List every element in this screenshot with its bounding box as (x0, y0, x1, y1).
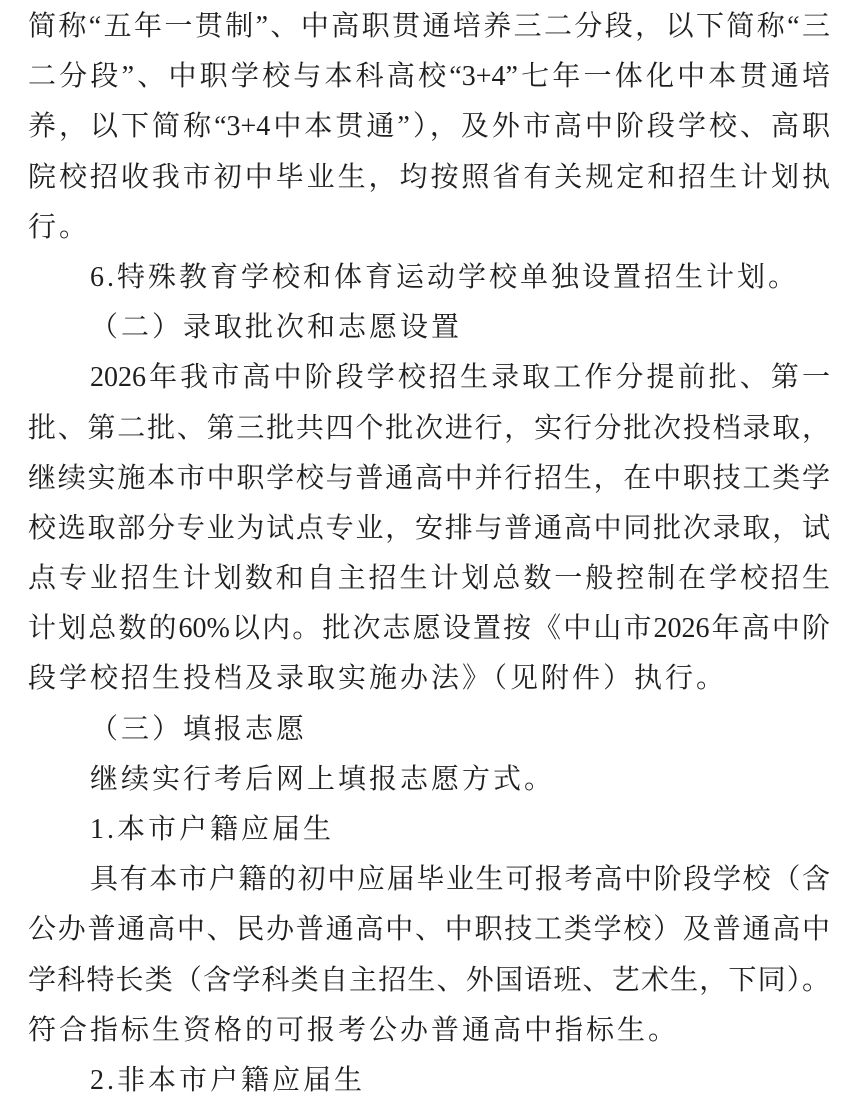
body-text-line: 计划总数的60%以内。批次志愿设置按《中山市2026年高中阶 (28, 604, 830, 654)
section-heading-line: （三）填报志愿 (28, 705, 830, 755)
body-text-line: 养，以下简称“3+4中本贯通”），及外市高中阶段学校、高职 (28, 102, 830, 152)
body-text-line: 院校招收我市初中毕业生，均按照省有关规定和招生计划执 (28, 153, 830, 203)
body-text-line: 简称“五年一贯制”、中高职贯通培养三二分段，以下简称“三 (28, 2, 830, 52)
body-text-line: 校选取部分专业为试点专业，安排与普通高中同批次录取，试 (28, 504, 830, 554)
body-text-line: 二分段”、中职学校与本科高校“3+4”七年一体化中本贯通培 (28, 52, 830, 102)
document-page: 简称“五年一贯制”、中高职贯通培养三二分段，以下简称“三 二分段”、中职学校与本… (0, 0, 857, 1108)
body-text-line: 继续实行考后网上填报志愿方式。 (28, 755, 830, 805)
list-item-line: 6.特殊教育学校和体育运动学校单独设置招生计划。 (28, 253, 830, 303)
body-text-line: 公办普通高中、民办普通高中、中职技工类学校）及普通高中 (28, 905, 830, 955)
body-text-line: 具有本市户籍的初中应届毕业生可报考高中阶段学校（含 (28, 855, 830, 905)
body-text-line: 2026年我市高中阶段学校招生录取工作分提前批、第一 (28, 353, 830, 403)
list-item-line: 1.本市户籍应届生 (28, 805, 830, 855)
body-text-line: 行。 (28, 203, 830, 253)
body-text-line: 符合指标生资格的可报考公办普通高中指标生。 (28, 1006, 830, 1056)
section-heading-line: （二）录取批次和志愿设置 (28, 303, 830, 353)
document-text-block: 简称“五年一贯制”、中高职贯通培养三二分段，以下简称“三 二分段”、中职学校与本… (28, 2, 830, 1106)
body-text-line: 继续实施本市中职学校与普通高中并行招生，在中职技工类学 (28, 454, 830, 504)
body-text-line: 批、第二批、第三批共四个批次进行，实行分批次投档录取， (28, 404, 830, 454)
body-text-line: 点专业招生计划数和自主招生计划总数一般控制在学校招生 (28, 554, 830, 604)
body-text-line: 段学校招生投档及录取实施办法》（见附件）执行。 (28, 654, 830, 704)
body-text-line: 学科特长类（含学科类自主招生、外国语班、艺术生，下同）。 (28, 956, 830, 1006)
list-item-line: 2.非本市户籍应届生 (28, 1056, 830, 1106)
